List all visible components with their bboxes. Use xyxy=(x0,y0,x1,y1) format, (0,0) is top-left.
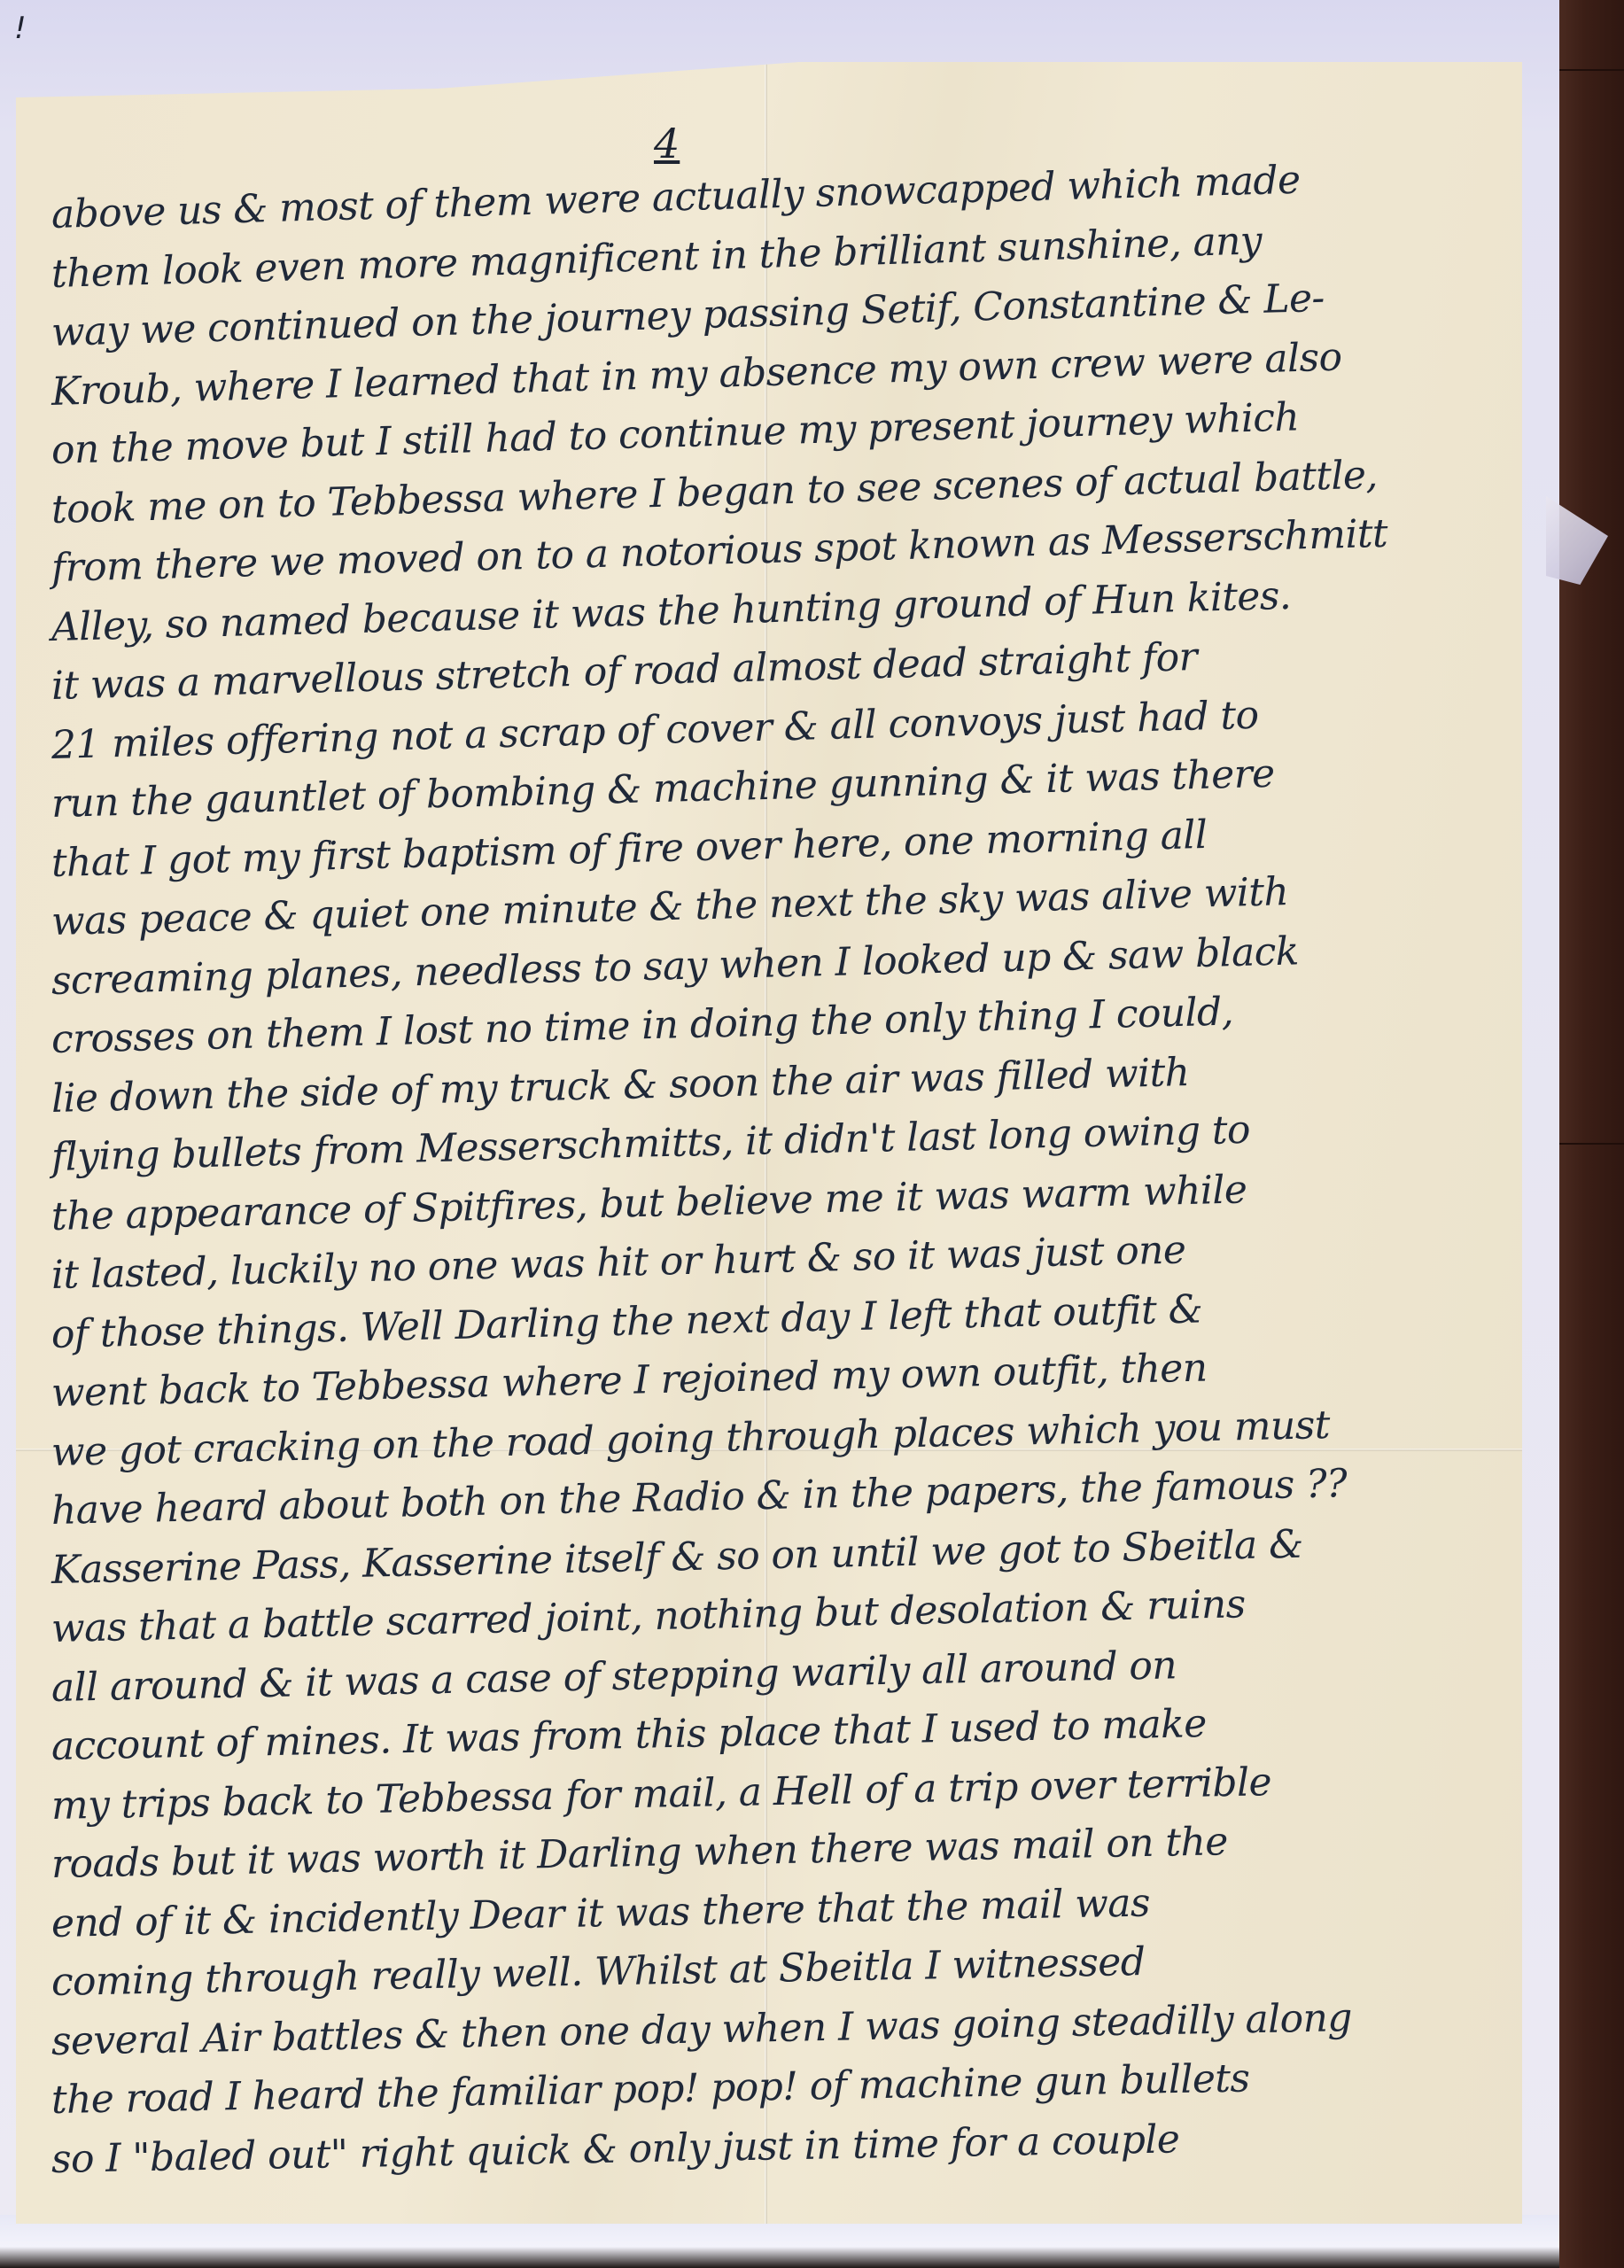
table-seam xyxy=(1559,1143,1624,1145)
letter-body: above us & most of them were actually sn… xyxy=(51,186,1504,2189)
table-seam xyxy=(1559,69,1624,71)
letter-page: 4 above us & most of them were actually … xyxy=(16,62,1522,2224)
wooden-table xyxy=(1559,0,1624,2268)
page-number: 4 xyxy=(654,120,680,167)
margin-mark: ! xyxy=(14,11,27,46)
